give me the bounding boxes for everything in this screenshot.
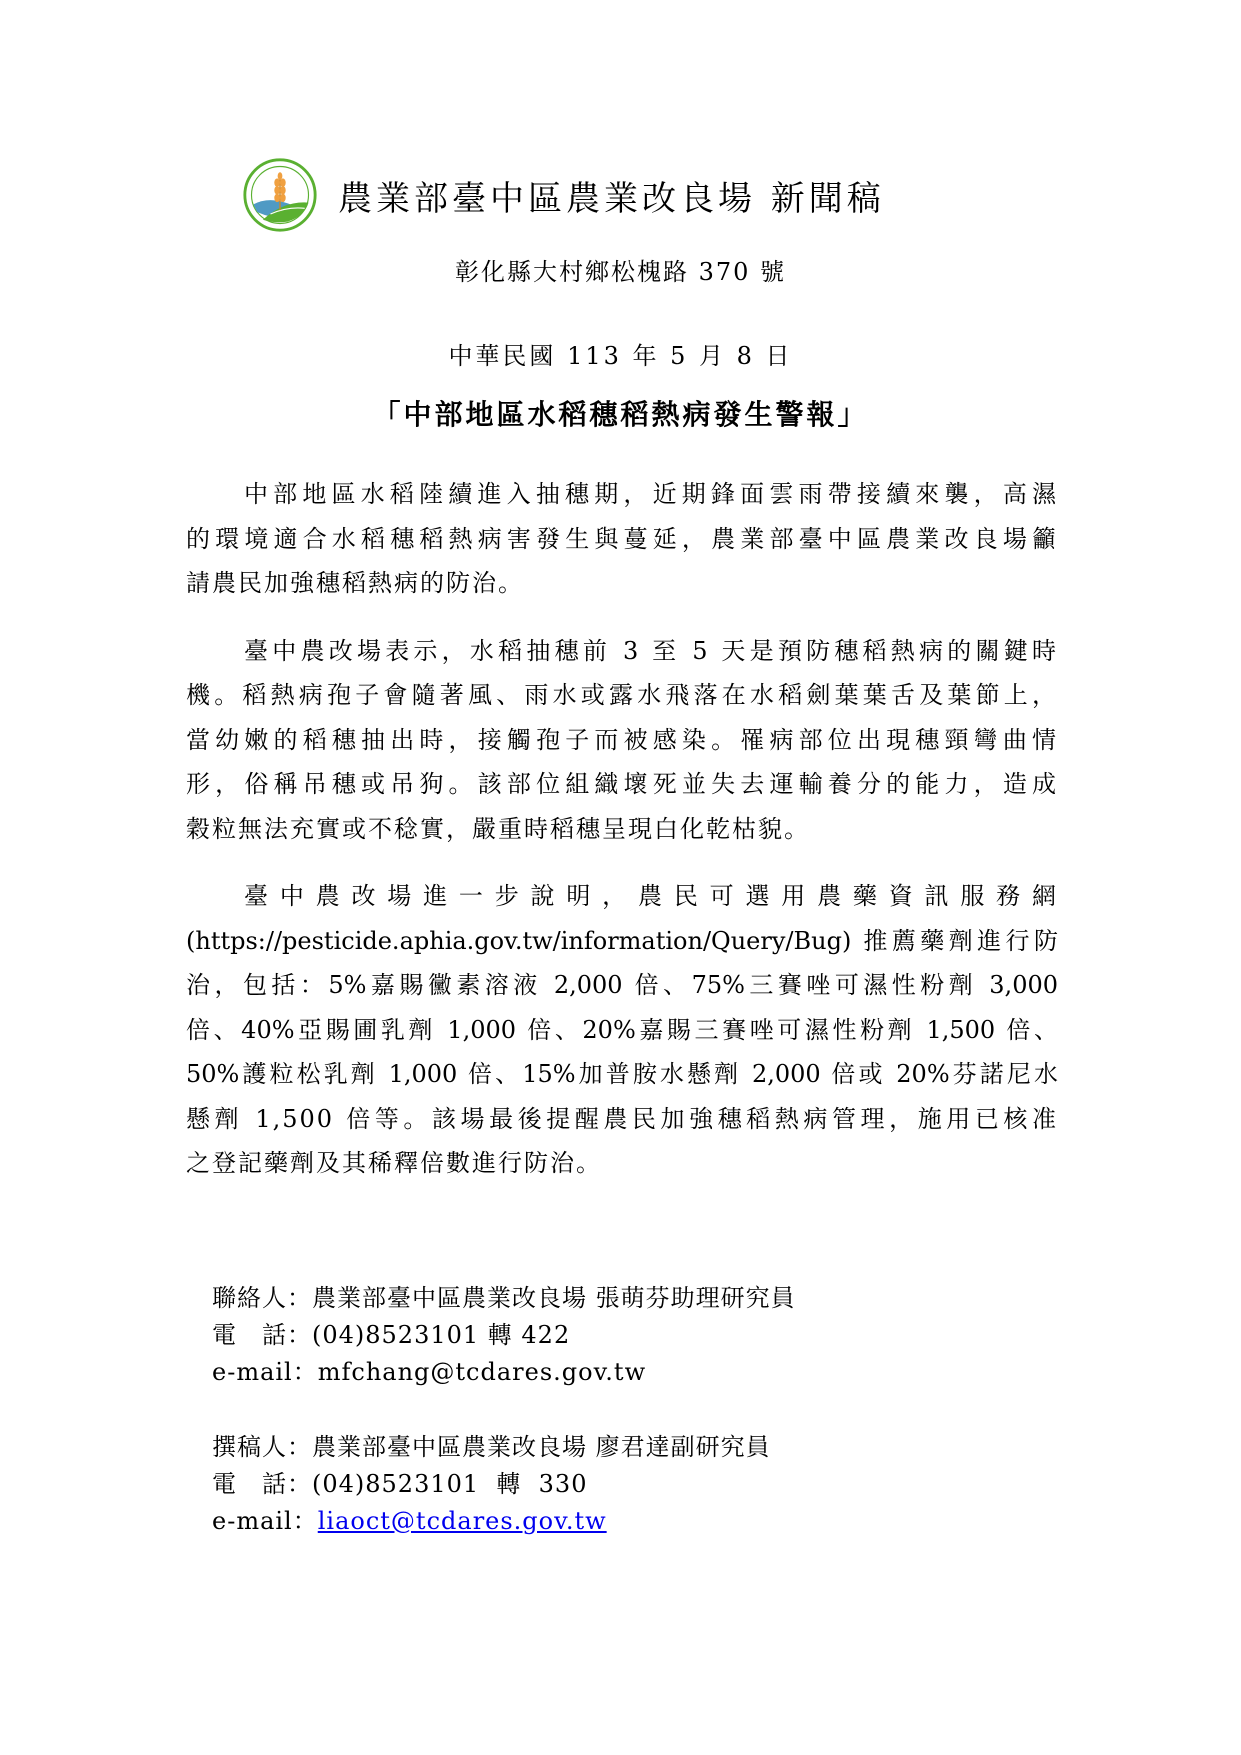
paragraph-line: 50%護粒松乳劑 1,000 倍、15%加普胺水懸劑 2,000 倍或 20%芬… bbox=[186, 1052, 1058, 1097]
paragraph-line: 中部地區水稻陸續進入抽穗期，近期鋒面雲雨帶接續來襲，高濕 bbox=[186, 472, 1058, 517]
paragraph-line: 請農民加強穗稻熱病的防治。 bbox=[186, 561, 1058, 606]
contact-role-label: 聯絡人： bbox=[212, 1284, 312, 1312]
contact-person-block: 聯絡人：農業部臺中區農業改良場 張萌芬助理研究員 電 話：(04)8523101… bbox=[212, 1280, 796, 1391]
article-body: 中部地區水稻陸續進入抽穗期，近期鋒面雲雨帶接續來襲，高濕 的環境適合水稻穗稻熱病… bbox=[186, 472, 1058, 1209]
paragraph-line: 當幼嫩的稻穗抽出時，接觸孢子而被感染。罹病部位出現穗頸彎曲情 bbox=[186, 718, 1058, 763]
press-release-page: 農業部臺中區農業改良場 新聞稿 彰化縣大村鄉松槐路 370 號 中華民國 113… bbox=[0, 0, 1241, 1755]
contact-email-row: e-mail：mfchang@tcdares.gov.tw bbox=[212, 1354, 796, 1391]
paragraph-line: 臺中農改場進一步說明，農民可選用農藥資訊服務網 bbox=[186, 874, 1058, 919]
paragraph-line: 穀粒無法充實或不稔實，嚴重時稻穗呈現白化乾枯貌。 bbox=[186, 807, 1058, 852]
paragraph-line: 治，包括：5%嘉賜黴素溶液 2,000 倍、75%三賽唑可濕性粉劑 3,000 bbox=[186, 963, 1058, 1008]
press-release-header: 農業部臺中區農業改良場 新聞稿 bbox=[242, 150, 885, 240]
paragraph-2: 臺中農改場表示，水稻抽穗前 3 至 5 天是預防穗稻熱病的關鍵時 機。稻熱病孢子… bbox=[186, 629, 1058, 852]
author-phone-row: 電 話：(04)8523101 轉 330 bbox=[212, 1466, 796, 1503]
author-person: 農業部臺中區農業改良場 廖君達副研究員 bbox=[312, 1433, 771, 1461]
paragraph-line: 懸劑 1,500 倍等。該場最後提醒農民加強穗稻熱病管理，施用已核准 bbox=[186, 1097, 1058, 1142]
paragraph-1: 中部地區水稻陸續進入抽穗期，近期鋒面雲雨帶接續來襲，高濕 的環境適合水稻穗稻熱病… bbox=[186, 472, 1058, 606]
contact-phone-row: 電 話：(04)8523101 轉 422 bbox=[212, 1317, 796, 1354]
org-title: 農業部臺中區農業改良場 新聞稿 bbox=[338, 171, 885, 220]
contact-phone: (04)8523101 轉 422 bbox=[312, 1321, 570, 1349]
release-date: 中華民國 113 年 5 月 8 日 bbox=[0, 336, 1241, 371]
author-person-row: 撰稿人：農業部臺中區農業改良場 廖君達副研究員 bbox=[212, 1429, 796, 1466]
author-block: 撰稿人：農業部臺中區農業改良場 廖君達副研究員 電 話：(04)8523101 … bbox=[212, 1429, 796, 1540]
taichung-dares-logo-icon bbox=[242, 157, 318, 233]
phone-label: 電 話： bbox=[212, 1321, 312, 1349]
phone-label: 電 話： bbox=[212, 1470, 312, 1498]
email-label: e-mail： bbox=[212, 1507, 318, 1535]
contact-person-row: 聯絡人：農業部臺中區農業改良場 張萌芬助理研究員 bbox=[212, 1280, 796, 1317]
author-phone: (04)8523101 轉 330 bbox=[312, 1470, 587, 1498]
contact-person: 農業部臺中區農業改良場 張萌芬助理研究員 bbox=[312, 1284, 796, 1312]
contact-email: mfchang@tcdares.gov.tw bbox=[318, 1358, 646, 1386]
paragraph-line: 之登記藥劑及其稀釋倍數進行防治。 bbox=[186, 1141, 1058, 1186]
paragraph-line: 形，俗稱吊穗或吊狗。該部位組織壞死並失去運輸養分的能力，造成 bbox=[186, 762, 1058, 807]
org-address: 彰化縣大村鄉松槐路 370 號 bbox=[0, 252, 1241, 287]
paragraph-3: 臺中農改場進一步說明，農民可選用農藥資訊服務網 (https://pestici… bbox=[186, 874, 1058, 1186]
paragraph-line: 的環境適合水稻穗稻熱病害發生與蔓延，農業部臺中區農業改良場籲 bbox=[186, 517, 1058, 562]
email-label: e-mail： bbox=[212, 1358, 318, 1386]
paragraph-line: 倍、40%亞賜圃乳劑 1,000 倍、20%嘉賜三賽唑可濕性粉劑 1,500 倍… bbox=[186, 1008, 1058, 1053]
paragraph-line: 機。稻熱病孢子會隨著風、雨水或露水飛落在水稻劍葉葉舌及葉節上， bbox=[186, 673, 1058, 718]
author-role-label: 撰稿人： bbox=[212, 1433, 312, 1461]
headline: 「中部地區水稻穗稻熱病發生警報」 bbox=[0, 393, 1241, 433]
contact-section: 聯絡人：農業部臺中區農業改良場 張萌芬助理研究員 電 話：(04)8523101… bbox=[212, 1280, 796, 1578]
paragraph-line-url: (https://pesticide.aphia.gov.tw/informat… bbox=[186, 919, 1058, 964]
author-email-row: e-mail：liaoct@tcdares.gov.tw bbox=[212, 1503, 796, 1540]
author-email-link[interactable]: liaoct@tcdares.gov.tw bbox=[318, 1507, 607, 1535]
paragraph-line: 臺中農改場表示，水稻抽穗前 3 至 5 天是預防穗稻熱病的關鍵時 bbox=[186, 629, 1058, 674]
